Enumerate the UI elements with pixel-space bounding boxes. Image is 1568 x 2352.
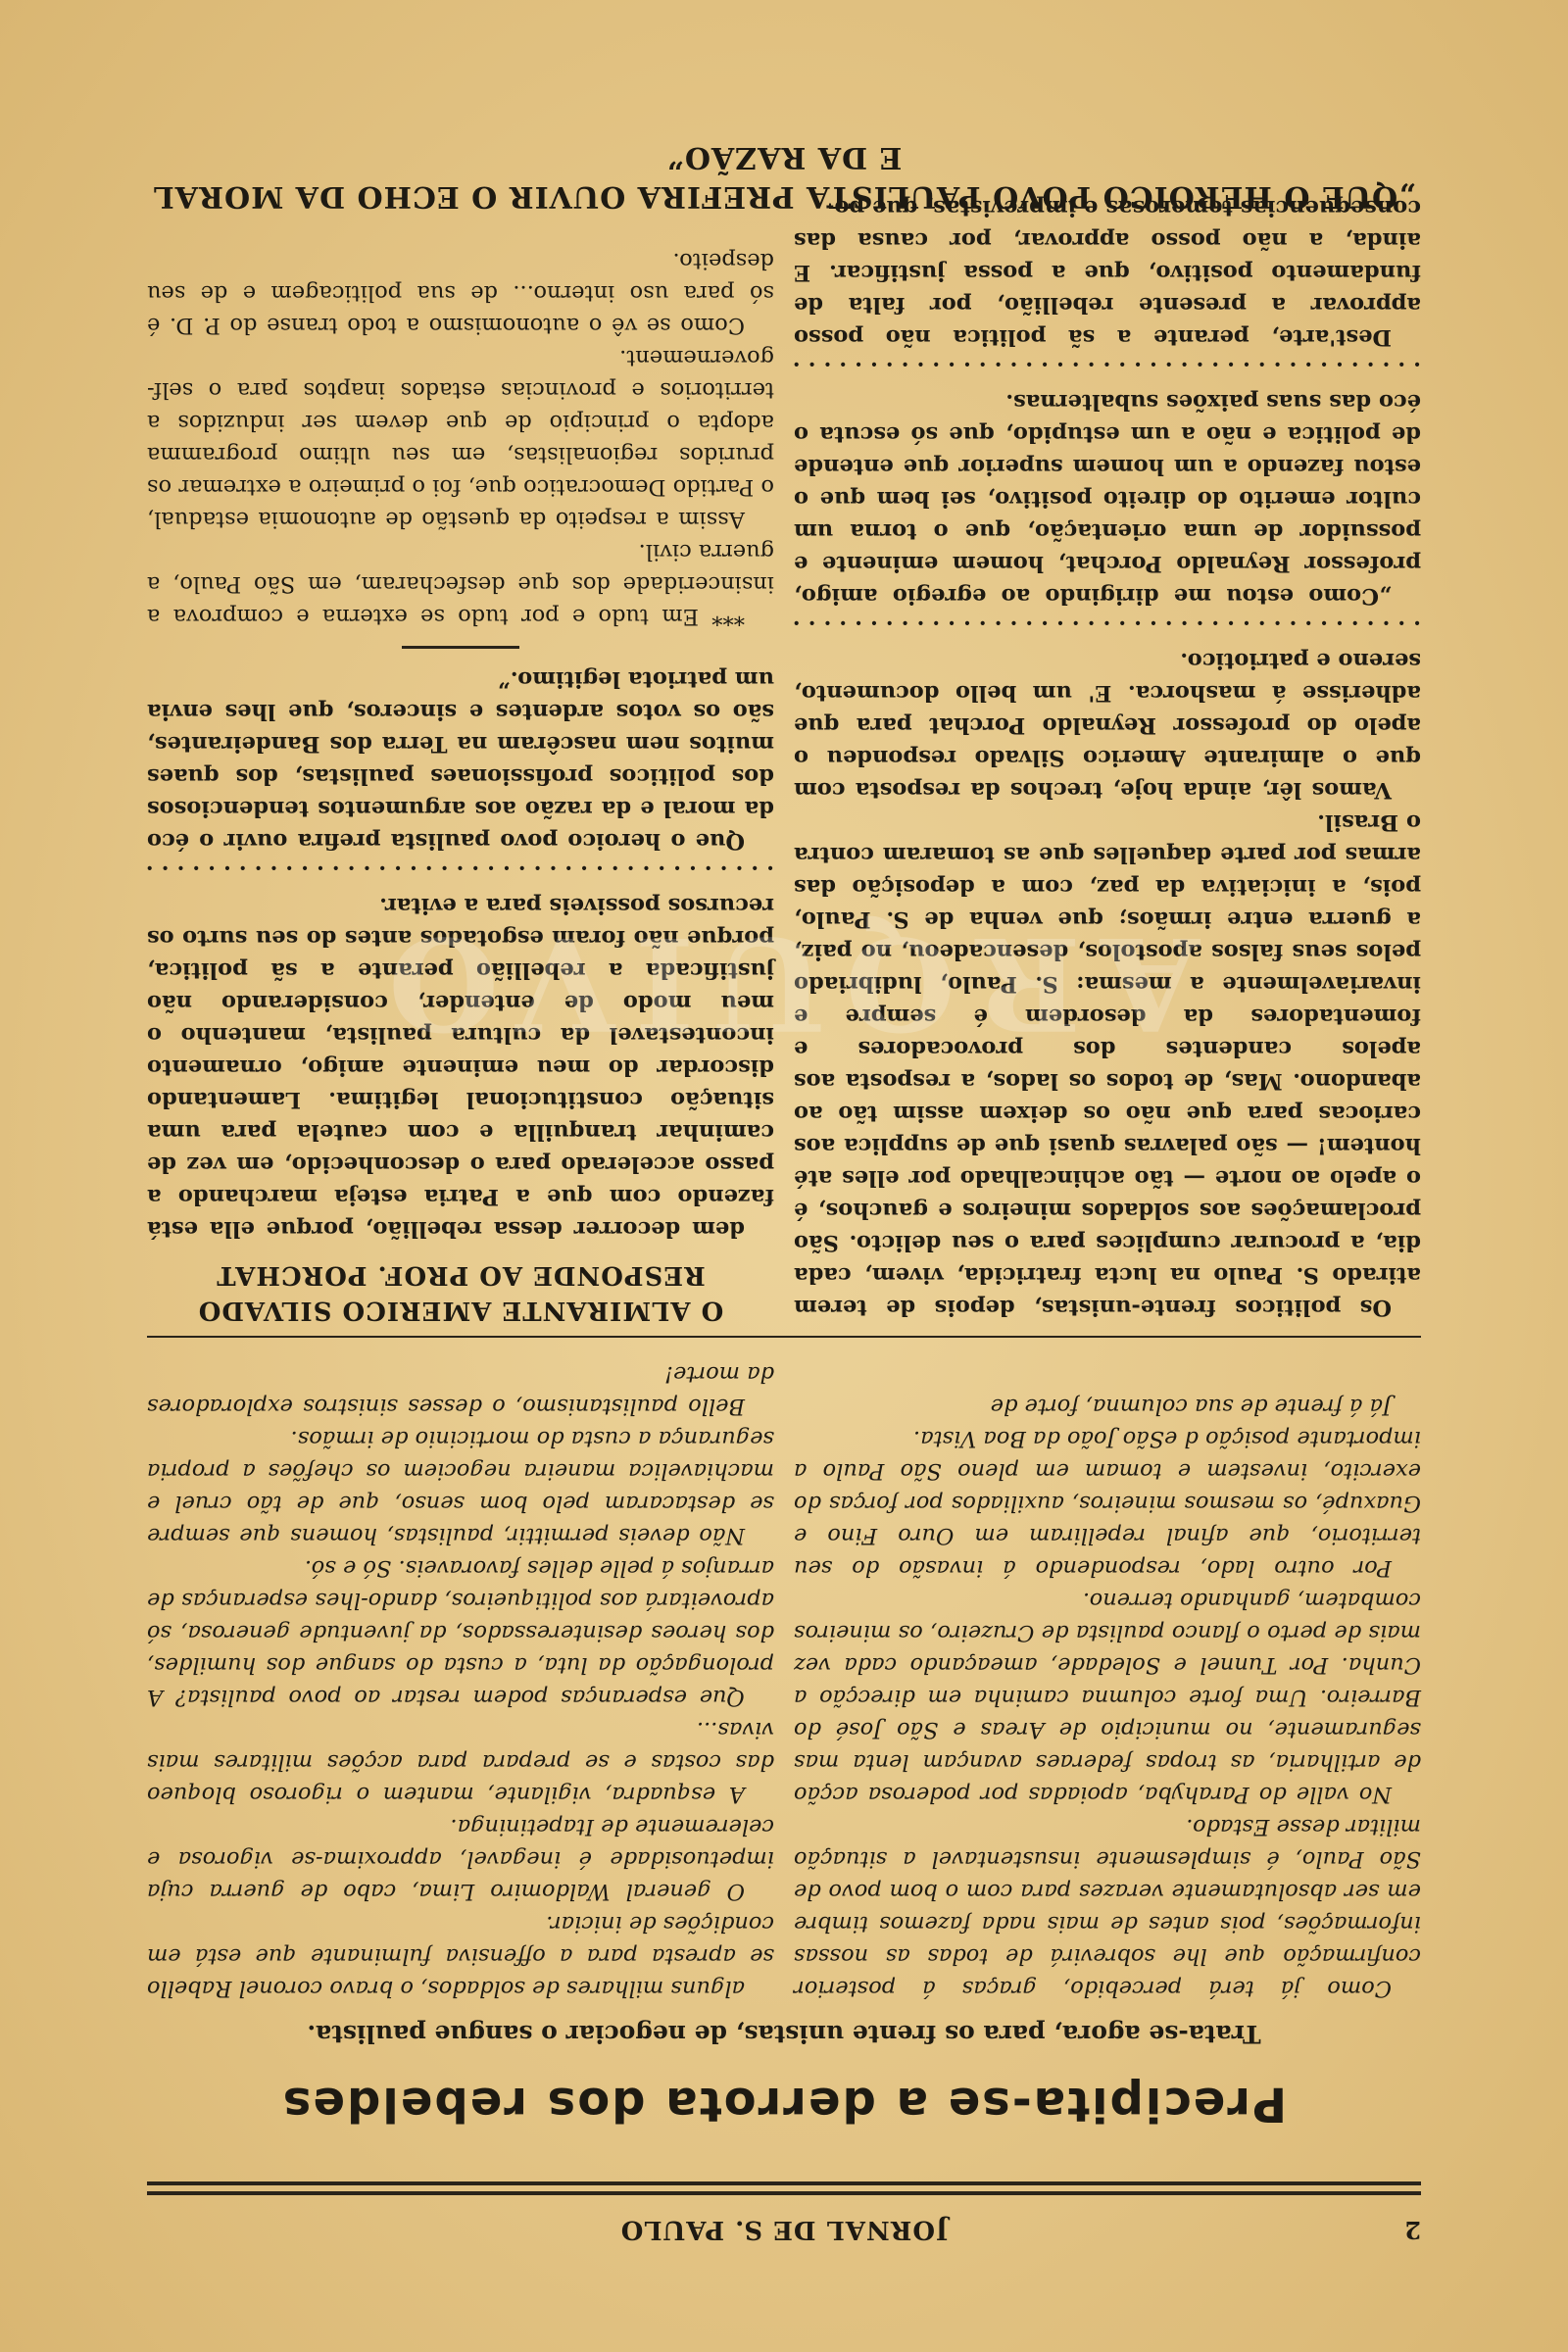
short-rule <box>402 646 519 649</box>
subheadline: Trata-se agora, para os frente unistas, … <box>147 2020 1421 2048</box>
paragraph: O general Waldomiro Lima, cabo de guerra… <box>147 1810 774 1907</box>
newspaper-name: JORNAL DE S. PAULO <box>147 2215 1421 2244</box>
paragraph: Que esperanças podem restar ao povo paul… <box>147 1551 774 1713</box>
section-heading: O ALMIRANTE AMERICO SILVADO RESPONDE AO … <box>147 1257 774 1328</box>
ellipsis-separator: ........................................… <box>794 353 1421 385</box>
paragraph: Os politicos frente-unistas, depois de t… <box>794 806 1421 1323</box>
paragraph: „Como estou me dirigindo ao egregio amig… <box>794 385 1421 612</box>
paragraph: A esquadra, vigilante, mantem o rigoroso… <box>147 1713 774 1810</box>
paragraph: Por outro lado, respondendo á invasão do… <box>794 1422 1421 1584</box>
main-headline: Precipita-se a derrota dos rebeldes <box>147 2077 1421 2131</box>
paragraph: Como se vê o autonomismo a todo transe d… <box>147 244 774 341</box>
paragraph: Que o heroico povo paulista prefira ouvi… <box>147 662 774 857</box>
ellipsis-separator: ........................................… <box>147 857 774 889</box>
paragraph: Assim a respeito da questão de autonomia… <box>147 341 774 535</box>
paragraph: alguns milhares de soldados, o bravo cor… <box>147 1907 774 2004</box>
article1-column-left: Como já terá percebido, graças á posteri… <box>794 1390 1421 2004</box>
paragraph: Como já terá percebido, graças á posteri… <box>794 1810 1421 2004</box>
paragraph: Vamos lêr, ainda hoje, trechos da respos… <box>794 644 1421 806</box>
paragraph: No valle do Parahyba, apoiadas por poder… <box>794 1584 1421 1810</box>
paragraph: Já á frente de sua columna, forte de <box>794 1390 1421 1422</box>
paragraph: dem decorrer dessa rebellião, porque ell… <box>147 889 774 1245</box>
article1-column-right: alguns milhares de soldados, o bravo cor… <box>147 1357 774 2004</box>
page-content: 2 JORNAL DE S. PAULO Precipita-se a derr… <box>147 0 1421 2352</box>
newspaper-page: 2 JORNAL DE S. PAULO Precipita-se a derr… <box>0 0 1568 2352</box>
article2-column-right: dem decorrer dessa rebellião, porque ell… <box>147 244 774 1245</box>
article2-column-left: Os politicos frente-unistas, depois de t… <box>794 191 1421 1323</box>
section-divider <box>147 1336 1421 1338</box>
header-double-rule <box>147 2181 1421 2195</box>
paragraph: Bello paulistanismo, o desses sinistros … <box>147 1357 774 1422</box>
running-head: 2 JORNAL DE S. PAULO <box>147 2205 1421 2244</box>
paragraph: Não deveis permittir, paulistas, homens … <box>147 1422 774 1551</box>
closing-headline: „QUE O HEROICO POVO PAULISTA PREFIRA OUV… <box>147 137 1421 216</box>
ellipsis-separator: ........................................… <box>794 612 1421 644</box>
paragraph: *** Em tudo e por tudo se externa e comp… <box>147 535 774 632</box>
